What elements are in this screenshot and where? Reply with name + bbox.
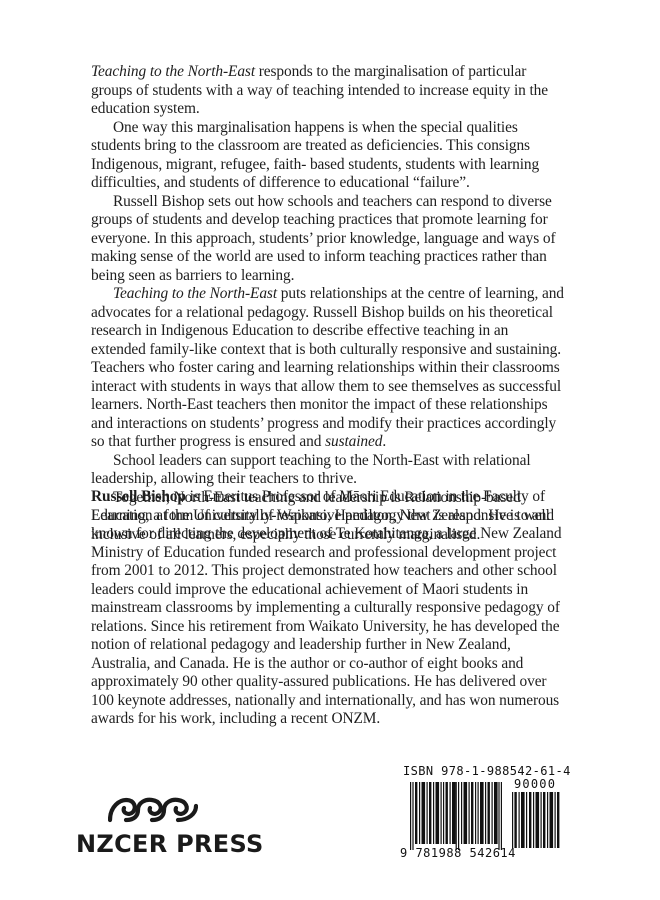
back-cover-blurb: Teaching to the North-East responds to t… [91,63,565,544]
blurb-paragraph-3: Russell Bishop sets out how schools and … [91,193,565,286]
book-title: Teaching to the North-East [113,285,277,302]
publisher-name: NZCER PRESS [76,830,264,858]
book-title: Teaching to the North-East [91,63,255,80]
blurb-paragraph-1: Teaching to the North-East responds to t… [91,63,565,119]
isbn-label: ISBN 978-1-988542-61-4 [403,764,571,778]
author-bio: Russell Bishop is Emeritus Professor of … [91,488,565,729]
triple-spiral-icon [108,796,198,824]
barcode-digits: 9 781988 542614 [400,846,516,860]
publisher-logo: NZCER PRESS [76,792,241,862]
author-name: Russell Bishop [91,488,186,505]
blurb-paragraph-4: Teaching to the North-East puts relation… [91,285,565,452]
blurb-paragraph-2: One way this marginalisation happens is … [91,119,565,193]
isbn-barcode: ISBN 978-1-988542-61-4 90000 [398,764,568,864]
barcode-addon-bars-icon [512,792,560,848]
blurb-paragraph-5: School leaders can support teaching to t… [91,452,565,489]
author-bio-paragraph: Russell Bishop is Emeritus Professor of … [91,488,565,729]
barcode-addon-price: 90000 [514,777,556,791]
barcode-bars-icon [410,782,502,850]
